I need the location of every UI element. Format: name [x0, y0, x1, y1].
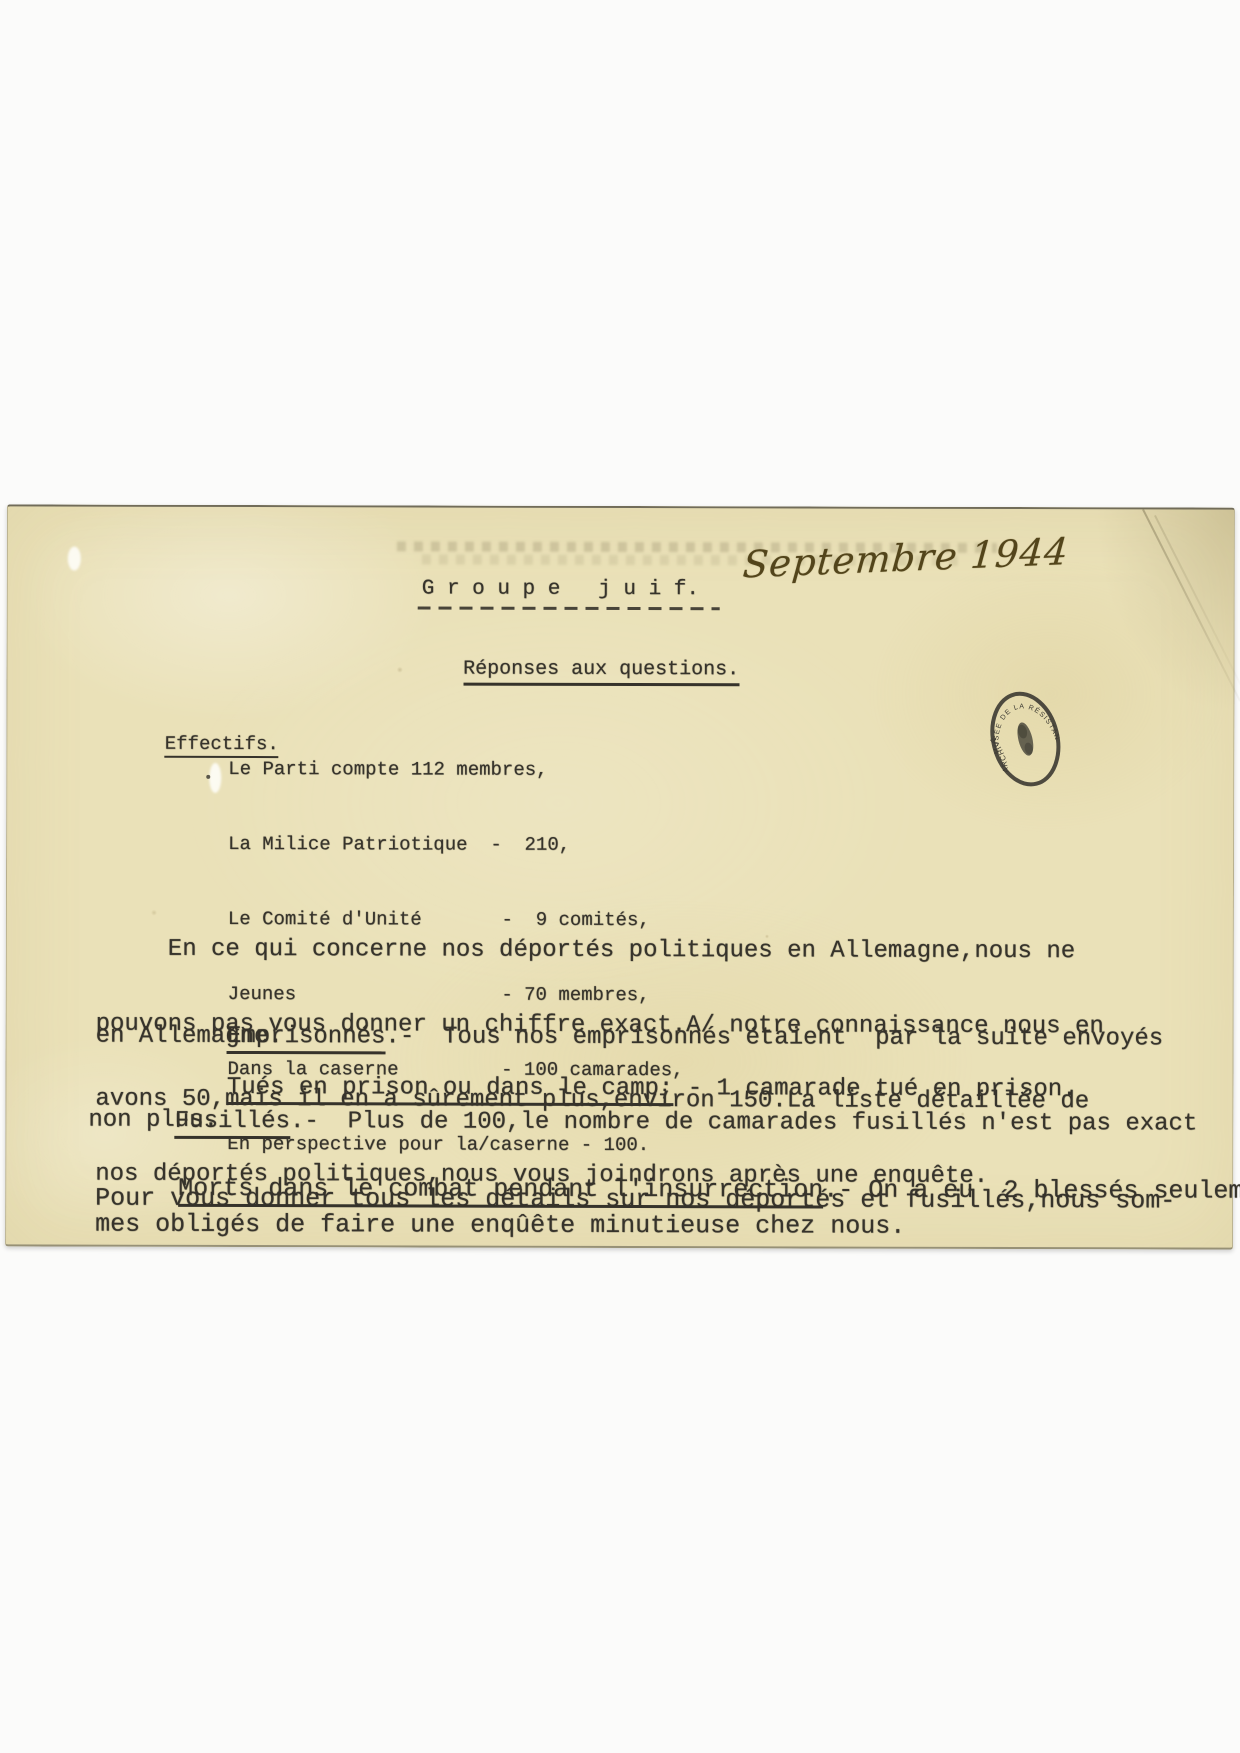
handwritten-date: Septembre 1944: [741, 530, 1070, 587]
scanned-document-screenshot: Septembre 1944 G r o u p e j u i f. Répo…: [0, 0, 1240, 1753]
resistance-archive-stamp: MUSÉE DE LA RÉSISTANCE ARCHIVES: [971, 675, 1079, 804]
effectifs-line: La Milice Patriotique - 210,: [228, 832, 684, 858]
stamp-center-blob: [1014, 721, 1036, 757]
subtitle-text: Réponses aux questions.: [463, 658, 739, 687]
fusilles-line2: non plus.: [88, 1108, 218, 1133]
svg-text:MUSÉE DE LA RÉSISTANCE: MUSÉE DE LA RÉSISTANCE: [971, 675, 1060, 759]
document-page: Septembre 1944 G r o u p e j u i f. Répo…: [5, 504, 1235, 1249]
paper-speck: [68, 547, 81, 571]
page-subtitle: Réponses aux questions.: [405, 639, 739, 699]
effectifs-line: Le Parti compte 112 membres,: [228, 757, 684, 783]
title-dashed-underline: [418, 606, 720, 610]
emprisonnes-line2: en Allemagne.: [96, 1024, 283, 1049]
page-title: G r o u p e j u i f.: [422, 577, 699, 601]
closing-line: mes obligés de faire une enqûête minutie…: [95, 1212, 905, 1240]
stamp-arc-text: MUSÉE DE LA RÉSISTANCE: [971, 675, 1060, 759]
paragraph-line: En ce qui concerne nos déportés politiqu…: [96, 937, 1104, 965]
